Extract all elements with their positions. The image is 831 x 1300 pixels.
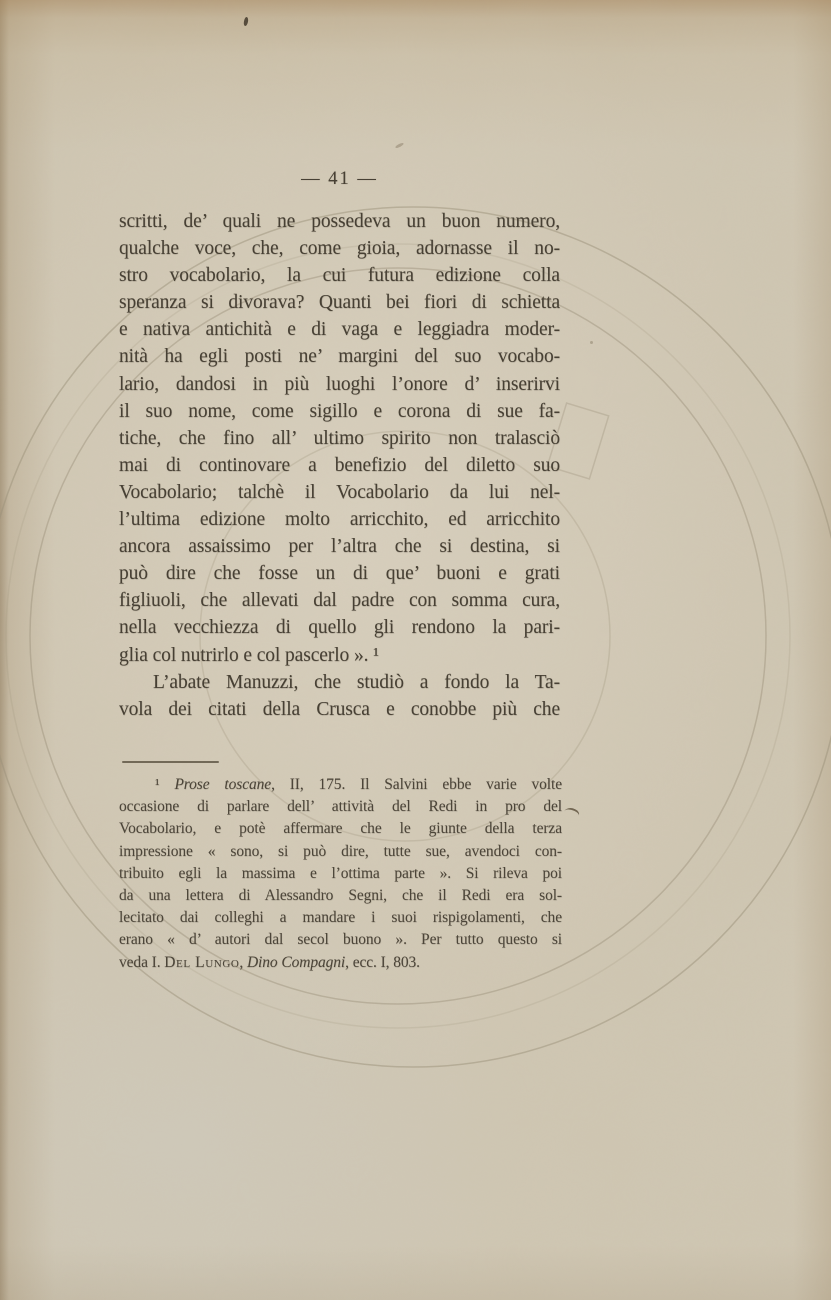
text-line: lecitato dai colleghi a mandare i suoi r…: [119, 907, 562, 929]
text-line: da una lettera di Alessandro Segni, che …: [119, 885, 562, 907]
footnote-block: ¹ Prose toscane, II, 175. Il Salvini ebb…: [119, 774, 562, 974]
text-line: può dire che fosse un di que’ buoni e gr…: [119, 560, 560, 587]
paragraph-continued: scritti, de’ quali ne possedeva un buon …: [119, 208, 560, 669]
text-line: tribuito egli la massima e l’ottima part…: [119, 863, 562, 885]
text-line: nità ha egli posti ne’ margini del suo v…: [119, 343, 560, 370]
text-line: qualche voce, che, come gioia, adornasse…: [119, 235, 560, 262]
scanned-book-page: — 41 — scritti, de’ quali ne possedeva u…: [0, 0, 831, 1300]
ink-speck: [243, 17, 249, 27]
text-line: L’abate Manuzzi, che studiò a fondo la T…: [119, 669, 560, 696]
text-line: l’ultima edizione molto arricchito, ed a…: [119, 506, 560, 533]
text-line: nella vecchiezza di quello gli rendono l…: [119, 614, 560, 641]
page-number: — 41 —: [119, 169, 560, 190]
text-line: mai di continovare a benefizio del dilet…: [119, 452, 560, 479]
text-line: Vocabolario; talchè il Vocabolario da lu…: [119, 479, 560, 506]
text-line: erano « d’ autori dal secol buono ». Per…: [119, 929, 562, 951]
text-line: figliuoli, che allevati dal padre con so…: [119, 587, 560, 614]
text-line: tiche, che fino all’ ultimo spirito non …: [119, 425, 560, 452]
text-line: glia col nutrirlo e col pascerlo ». ¹: [119, 642, 560, 669]
text-line: il suo nome, come sigillo e corona di su…: [119, 398, 560, 425]
text-line: e nativa antichità e di vaga e leggiadra…: [119, 316, 560, 343]
text-line: Vocabolario, e potè affermare che le giu…: [119, 818, 562, 840]
paragraph-new: L’abate Manuzzi, che studiò a fondo la T…: [119, 669, 560, 723]
margin-pen-mark: [562, 805, 580, 821]
text-line: vola dei citati della Crusca e conobbe p…: [119, 696, 560, 723]
text-line: speranza si divorava? Quanti bei fiori d…: [119, 289, 560, 316]
main-text-block: scritti, de’ quali ne possedeva un buon …: [119, 208, 560, 723]
text-line: scritti, de’ quali ne possedeva un buon …: [119, 208, 560, 235]
text-line: ancora assaissimo per l’altra che si des…: [119, 533, 560, 560]
text-line: lario, dandosi in più luoghi l’onore d’ …: [119, 371, 560, 398]
faint-paper-mark: [395, 142, 404, 149]
faint-paper-dot: [590, 341, 593, 344]
text-line: stro vocabolario, la cui futura edizione…: [119, 262, 560, 289]
text-line: impressione « sono, si può dire, tutte s…: [119, 841, 562, 863]
footnote-separator-rule: [122, 761, 219, 763]
text-line: ¹ Prose toscane, II, 175. Il Salvini ebb…: [119, 774, 562, 796]
text-line: occasione di parlare dell’ attività del …: [119, 796, 562, 818]
text-line: veda I. Del Lungo, Dino Compagni, ecc. I…: [119, 952, 562, 974]
